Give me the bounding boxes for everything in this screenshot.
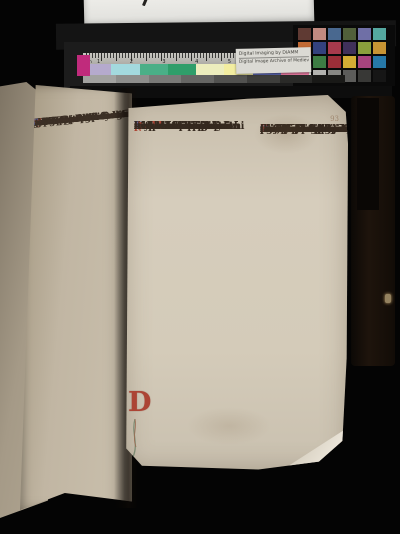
color-swatch bbox=[328, 56, 341, 68]
color-swatch bbox=[373, 28, 386, 40]
color-swatch bbox=[313, 28, 326, 40]
magenta-patch bbox=[77, 55, 90, 76]
color-swatch bbox=[196, 64, 224, 75]
archive-name-line: Digital Image Archive of Medieval Music bbox=[239, 57, 309, 67]
color-swatch bbox=[247, 75, 280, 83]
color-swatch bbox=[116, 75, 149, 83]
color-swatch bbox=[358, 28, 371, 40]
color-swatch bbox=[343, 42, 356, 54]
color-swatch bbox=[140, 64, 168, 75]
color-swatch bbox=[328, 28, 341, 40]
color-swatch bbox=[358, 42, 371, 54]
color-swatch bbox=[280, 75, 313, 83]
color-swatch bbox=[373, 42, 386, 54]
color-swatch bbox=[298, 28, 311, 40]
manuscript-photograph: cm 12345 Digital Imaging by DIAMM Digita… bbox=[0, 0, 400, 534]
imaging-label-card: Digital Imaging by DIAMM Digital Image A… bbox=[236, 47, 312, 74]
illuminated-initial: D bbox=[128, 389, 151, 417]
grayscale-strip bbox=[83, 75, 345, 83]
page-corner-curl bbox=[282, 422, 346, 470]
binding-strap-end bbox=[357, 98, 379, 210]
color-swatch bbox=[373, 70, 386, 82]
color-swatch bbox=[168, 64, 196, 75]
color-swatch bbox=[214, 75, 247, 83]
color-swatch bbox=[313, 56, 326, 68]
color-swatch bbox=[111, 64, 139, 75]
color-swatch bbox=[358, 56, 371, 68]
color-swatch bbox=[313, 42, 326, 54]
color-swatch bbox=[181, 75, 214, 83]
color-swatch bbox=[358, 70, 371, 82]
manuscript-right-page: 93 moab lebes spei mee. In ydumeam exten… bbox=[124, 95, 348, 471]
clasp-pin bbox=[385, 294, 391, 303]
color-swatch bbox=[373, 56, 386, 68]
color-swatch bbox=[83, 75, 116, 83]
color-swatch bbox=[343, 28, 356, 40]
folio-number: 93 bbox=[330, 115, 339, 123]
color-swatch bbox=[312, 75, 345, 83]
parchment-stain bbox=[187, 407, 271, 445]
pen-mark bbox=[142, 0, 149, 6]
parchment-stain bbox=[254, 114, 318, 154]
color-swatch bbox=[328, 42, 341, 54]
color-checker-grid bbox=[298, 28, 390, 82]
color-swatch bbox=[343, 56, 356, 68]
color-swatch bbox=[149, 75, 182, 83]
